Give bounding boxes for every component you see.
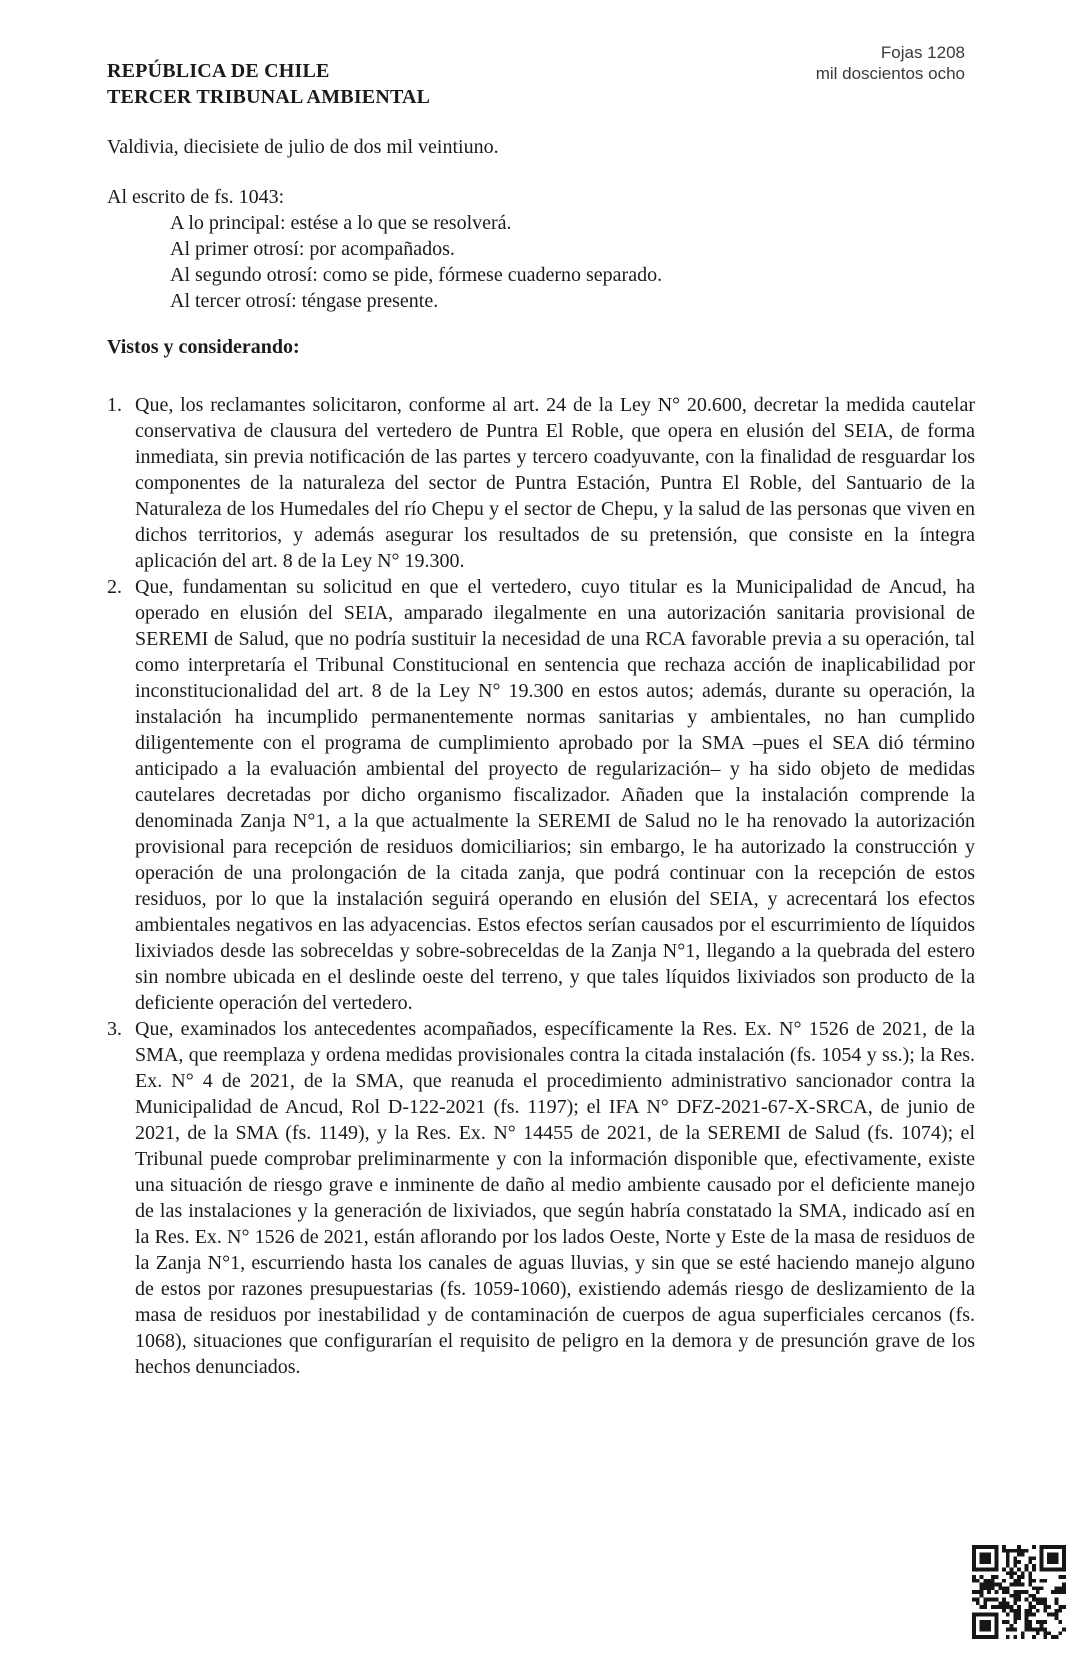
considerando-text: Que, examinados los antecedentes acompañ… bbox=[135, 1016, 975, 1380]
escrito-block: Al escrito de fs. 1043: A lo principal: … bbox=[107, 184, 975, 314]
considerandos-list: 1. Que, los reclamantes solicitaron, con… bbox=[107, 392, 975, 1380]
considerando-text: Que, fundamentan su solicitud en que el … bbox=[135, 574, 975, 1016]
escrito-item-primer-otrosi: Al primer otrosí: por acompañados. bbox=[107, 236, 975, 262]
considerando-number: 1. bbox=[107, 392, 135, 574]
tribunal-title: TERCER TRIBUNAL AMBIENTAL bbox=[107, 84, 975, 110]
date-line: Valdivia, diecisiete de julio de dos mil… bbox=[107, 134, 975, 160]
considerando-text: Que, los reclamantes solicitaron, confor… bbox=[135, 392, 975, 574]
escrito-item-segundo-otrosi: Al segundo otrosí: como se pide, fórmese… bbox=[107, 262, 975, 288]
document-page: Fojas 1208 mil doscientos ocho REPÚBLICA… bbox=[0, 0, 1088, 1664]
escrito-item-principal: A lo principal: estése a lo que se resol… bbox=[107, 210, 975, 236]
escrito-item-tercer-otrosi: Al tercer otrosí: téngase presente. bbox=[107, 288, 975, 314]
considerando-item: 1. Que, los reclamantes solicitaron, con… bbox=[107, 392, 975, 574]
escrito-intro: Al escrito de fs. 1043: bbox=[107, 184, 975, 210]
considerando-number: 2. bbox=[107, 574, 135, 1016]
considerando-item: 3. Que, examinados los antecedentes acom… bbox=[107, 1016, 975, 1380]
fojas-words: mil doscientos ocho bbox=[816, 63, 965, 84]
considerando-item: 2. Que, fundamentan su solicitud en que … bbox=[107, 574, 975, 1016]
qr-code bbox=[972, 1545, 1066, 1639]
considerando-number: 3. bbox=[107, 1016, 135, 1380]
fojas-stamp: Fojas 1208 mil doscientos ocho bbox=[816, 42, 965, 84]
section-heading: Vistos y considerando: bbox=[107, 334, 975, 360]
fojas-number: Fojas 1208 bbox=[816, 42, 965, 63]
